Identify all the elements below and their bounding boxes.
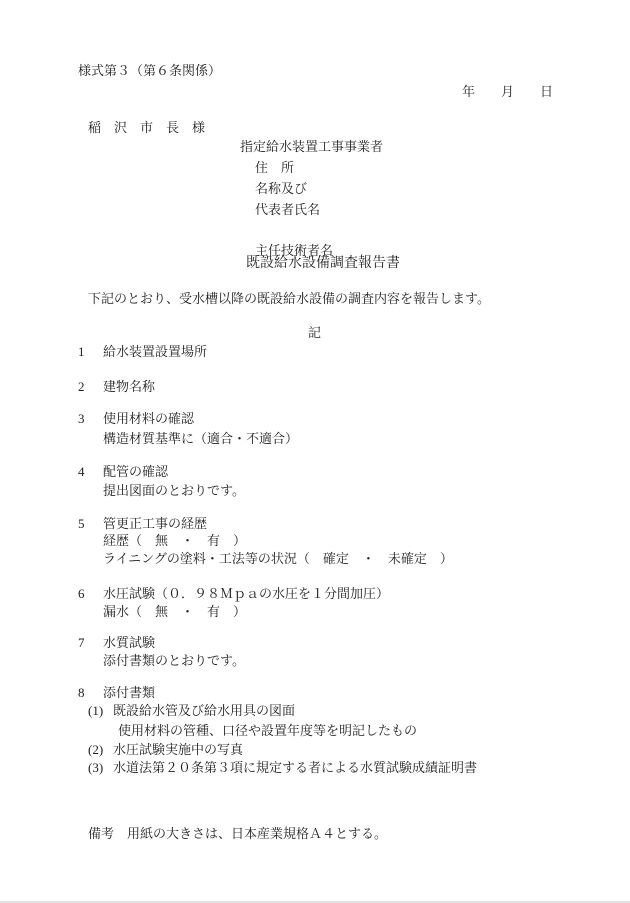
item-6-detail: 漏水（ 無 ・ 有 ） (103, 604, 246, 620)
item-3-number: 3 (78, 411, 103, 427)
item-1-label: 給水装置設置場所 (103, 344, 207, 359)
document-title: 既設給水設備調査報告書 (246, 256, 400, 272)
item-4-label: 配管の確認 (103, 464, 168, 479)
date-line: 年 月 日 (462, 84, 553, 100)
form-number: 様式第３（第６条関係） (78, 63, 221, 79)
issuer-address-label: 住 所 (255, 160, 294, 176)
attachment-2-number: (2) (88, 742, 113, 758)
attachment-3-number: (3) (88, 760, 113, 776)
item-4-detail: 提出図面のとおりです。 (103, 483, 245, 499)
item-3-label: 使用材料の確認 (103, 411, 194, 426)
item-5: 5管更正工事の経歴 (78, 516, 207, 532)
item-1: 1給水装置設置場所 (78, 344, 207, 360)
attachment-1: (1)既設給水管及び給水用具の図面 (88, 703, 295, 719)
item-3: 3使用材料の確認 (78, 411, 194, 427)
item-3-detail: 構造材質基準に（適合・不適合） (103, 431, 298, 447)
remarks: 備考 用紙の大きさは、日本産業規格Ａ４とする。 (88, 826, 387, 842)
attachment-1-label: 既設給水管及び給水用具の図面 (113, 703, 295, 718)
item-5-detail-2: ライニングの塗料・工法等の状況（ 確定 ・ 未確定 ） (103, 551, 453, 567)
item-6-label: 水圧試験（０．９８Ｍｐａの水圧を１分間加圧） (103, 586, 389, 601)
item-5-number: 5 (78, 516, 103, 532)
item-2-number: 2 (78, 379, 103, 395)
item-7-label: 水質試験 (103, 635, 155, 650)
item-8: 8添付書類 (78, 685, 155, 701)
item-4-number: 4 (78, 464, 103, 480)
item-7: 7水質試験 (78, 635, 155, 651)
attachment-3-label: 水道法第２０条第３項に規定する者による水質試験成績証明書 (113, 760, 477, 775)
item-2-label: 建物名称 (103, 379, 155, 394)
item-8-number: 8 (78, 685, 103, 701)
attachment-1-number: (1) (88, 703, 113, 719)
item-5-detail-1: 経歴（ 無 ・ 有 ） (103, 533, 246, 549)
record-marker: 記 (308, 325, 321, 341)
issuer-name-label: 名称及び (255, 181, 307, 197)
attachment-2: (2)水圧試験実施中の写真 (88, 742, 243, 758)
item-8-label: 添付書類 (103, 685, 155, 700)
item-4: 4配管の確認 (78, 464, 168, 480)
intro-text: 下記のとおり、受水槽以降の既設給水設備の調査内容を報告します。 (88, 291, 490, 307)
attachment-1-note: 使用材料の管種、口径や設置年度等を明記したもの (118, 723, 417, 739)
issuer-heading: 指定給水装置工事事業者 (240, 139, 383, 155)
issuer-representative-label: 代表者氏名 (255, 202, 320, 218)
attachment-3: (3)水道法第２０条第３項に規定する者による水質試験成績証明書 (88, 760, 477, 776)
item-6-number: 6 (78, 586, 103, 602)
item-5-label: 管更正工事の経歴 (103, 516, 207, 531)
item-1-number: 1 (78, 344, 103, 360)
addressee: 稲 沢 市 長 様 (88, 120, 205, 136)
document-page: 様式第３（第６条関係） 年 月 日 稲 沢 市 長 様 指定給水装置工事事業者 … (0, 0, 630, 903)
item-7-number: 7 (78, 635, 103, 651)
item-7-detail: 添付書類のとおりです。 (103, 653, 245, 669)
item-6: 6水圧試験（０．９８Ｍｐａの水圧を１分間加圧） (78, 586, 389, 602)
attachment-2-label: 水圧試験実施中の写真 (113, 742, 243, 757)
item-2: 2建物名称 (78, 379, 155, 395)
